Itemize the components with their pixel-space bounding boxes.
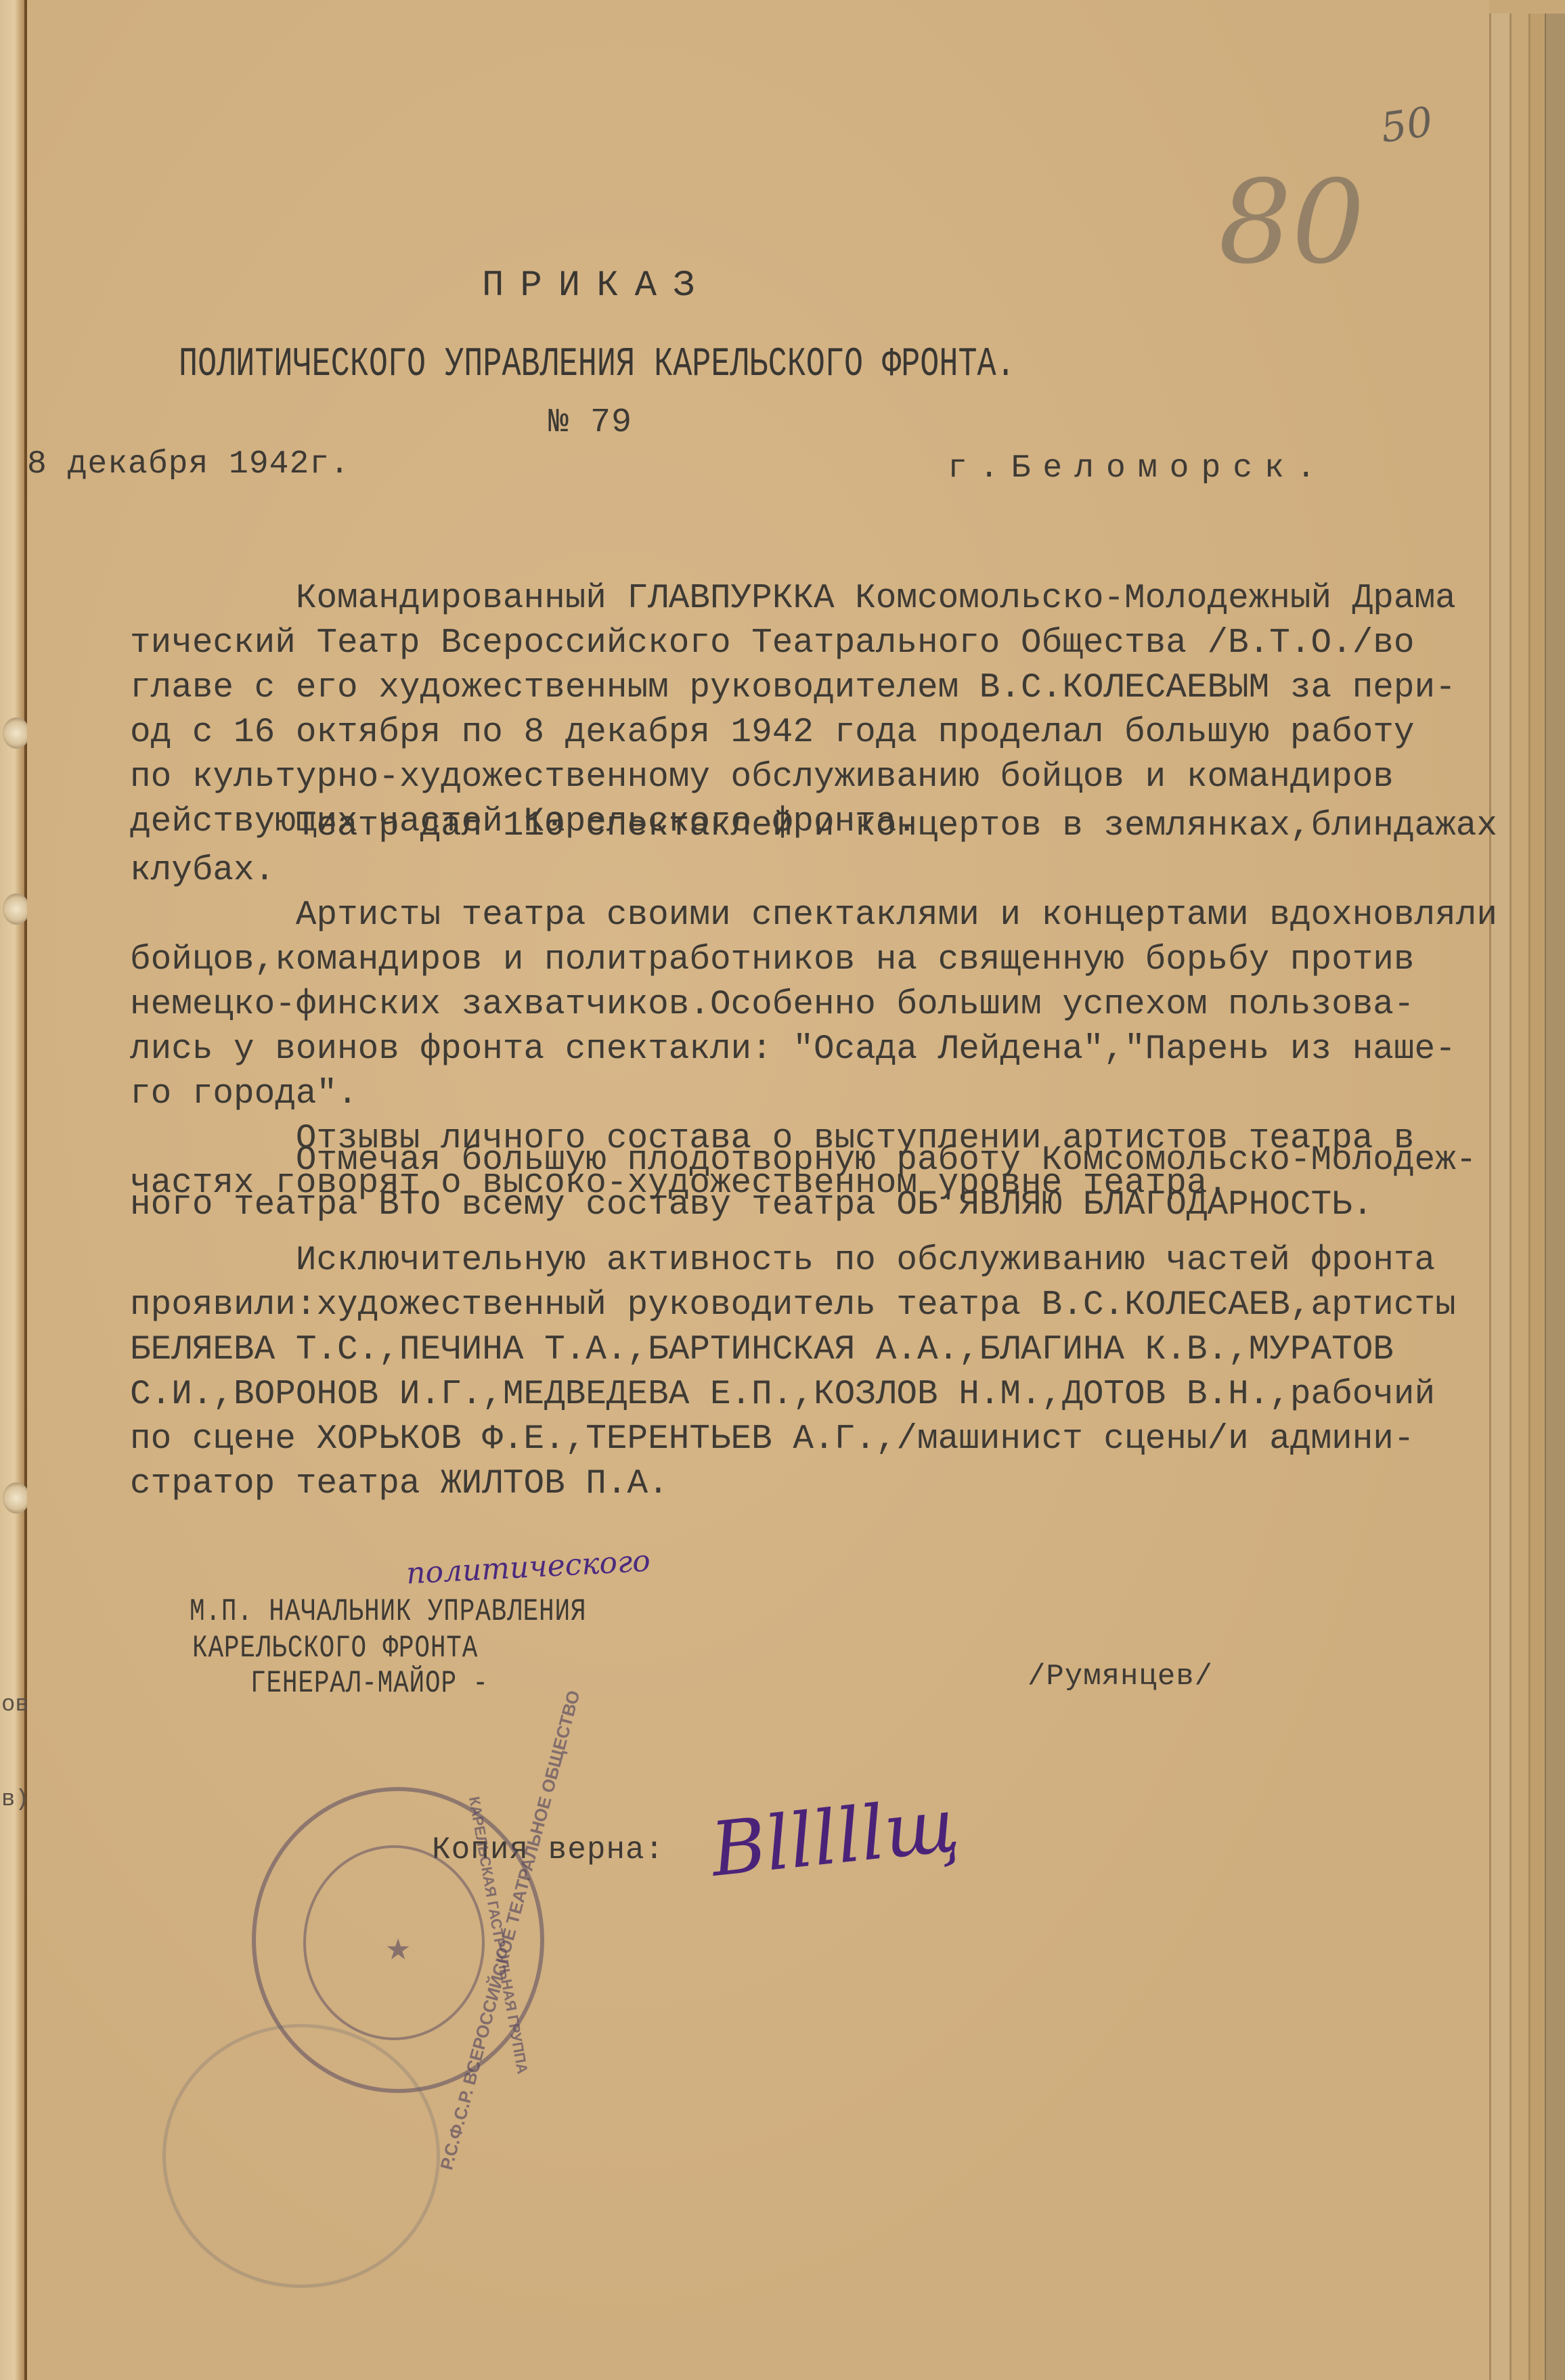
document-page: 50 80 ПРИКАЗ ПОЛИТИЧЕСКОГО УПРАВЛЕНИЯ КА… (27, 0, 1489, 2380)
paragraph-distinguished-members: Исключительную активность по обслуживани… (130, 1239, 1504, 1507)
document-title: ПРИКАЗ (482, 265, 711, 307)
paragraph-gratitude: Отмечая большую плодотворную работу Комс… (130, 1139, 1504, 1228)
binding-fragment: в) (1, 1787, 29, 1813)
signatory-name: /Румянцев/ (1028, 1662, 1213, 1692)
binding-fragment: ов (1, 1692, 29, 1718)
document-issuer: ПОЛИТИЧЕСКОГО УПРАВЛЕНИЯ КАРЕЛЬСКОГО ФРО… (179, 342, 1015, 388)
signatory-title-line2: КАРЕЛЬСКОГО ФРОНТА (192, 1633, 478, 1664)
binding-hole (3, 1482, 30, 1514)
stamp-inner-ring: ★ (303, 1845, 485, 2040)
order-place: г.Беломорск. (948, 452, 1328, 485)
document-binding: ов в) ст/ (0, 0, 27, 2380)
handwritten-insert: политического (405, 1544, 651, 1591)
signatory-title-line1: М.П. НАЧАЛЬНИК УПРАВЛЕНИЯ (190, 1596, 586, 1627)
order-number: № 79 (548, 406, 632, 440)
page-stack-edge (1528, 14, 1547, 2380)
page-stack-edge (1509, 14, 1530, 2380)
pencil-mark: 80 (1218, 156, 1365, 290)
faded-stamp-impression (162, 2024, 440, 2288)
signatory-title-line3: ГЕНЕРАЛ-МАЙОР - (250, 1668, 489, 1699)
page-stack-edge (1545, 14, 1565, 2380)
archive-page-number: 50 (1378, 98, 1436, 152)
certification-signature: Вlllllщ (707, 1781, 963, 1893)
order-date: 8 декабря 1942г. (27, 448, 350, 481)
binding-hole (3, 718, 30, 749)
binding-hole (3, 894, 30, 925)
star-icon: ★ (386, 1922, 410, 1973)
